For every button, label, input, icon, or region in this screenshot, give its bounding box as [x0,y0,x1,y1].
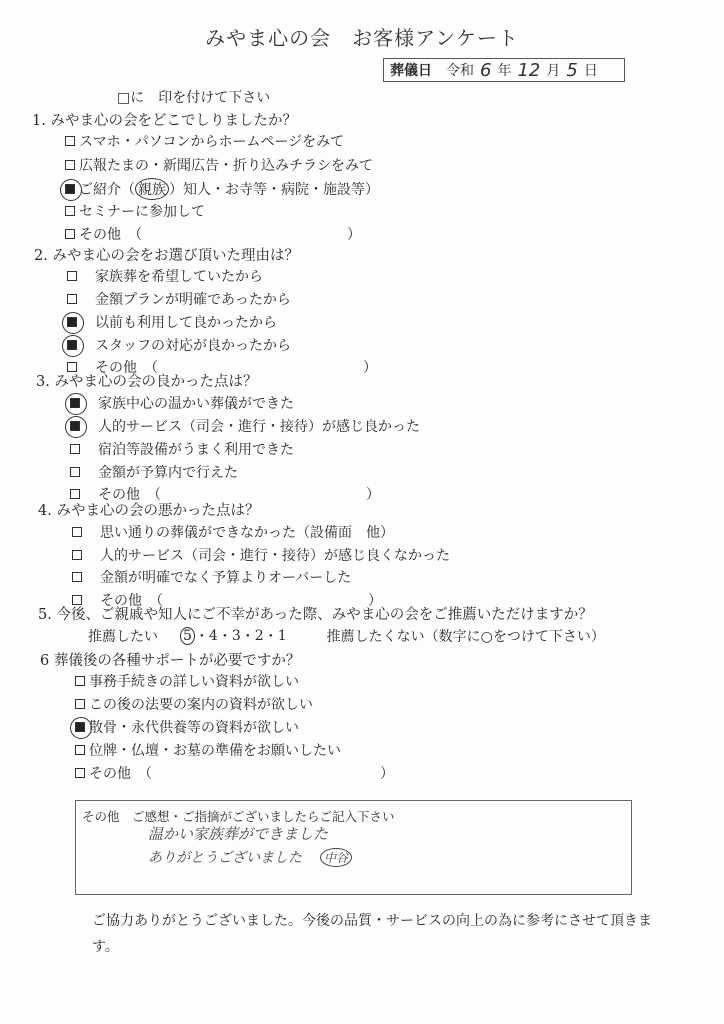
date-label: 葬儀日 [390,60,432,80]
q1-option-4[interactable]: セミナーに参加して [65,201,205,221]
scale-value-5-selected[interactable]: 5 [180,627,195,645]
circle-mark-icon [65,416,87,438]
checkbox-icon[interactable] [65,160,75,170]
checkbox-icon[interactable] [72,572,82,582]
q1-option-5[interactable]: その他 （） [65,224,361,244]
checkbox-icon[interactable] [75,699,85,709]
q6-option-1[interactable]: 事務手続きの詳しい資料が欲しい [75,671,299,691]
scale-value-2[interactable]: 2 [255,628,264,644]
q2-option-3[interactable]: 以前も利用して良かったから [67,312,277,332]
year-unit: 年 [497,60,511,80]
question-4-title: 4. みやま心の会の悪かった点は？ [38,499,259,520]
circled-relative: 親族 [135,178,169,200]
q6-option-2[interactable]: この後の法要の案内の資料が欲しい [75,694,313,714]
scale-right-label: 推薦したくない（数字に○をつけて下さい） [327,626,605,646]
year-value[interactable]: 6 [480,60,491,81]
checkbox-icon[interactable] [67,271,77,281]
day-value[interactable]: 5 [566,60,577,81]
circle-mark-icon [62,335,84,357]
checkbox-icon[interactable] [70,467,80,477]
recommend-scale: 推薦したい 5 ・4 ・3 ・2 ・1 推薦したくない（数字に○をつけて下さい） [88,626,605,646]
checkbox-icon[interactable] [72,550,82,560]
q2-option-1[interactable]: 家族葬を希望していたから [67,266,263,286]
handwritten-comment-line-1: 温かい家族葬ができました [148,823,328,844]
scale-left-label: 推薦したい [88,626,158,646]
q6-option-3[interactable]: 散骨・永代供養等の資料が欲しい [75,717,299,737]
q1-option-1[interactable]: スマホ・パソコンからホームページをみて [65,131,344,151]
checkbox-icon[interactable] [72,527,82,537]
scale-value-4[interactable]: 4 [209,628,218,644]
circle-mark-icon [62,312,84,334]
circle-mark-icon [60,179,82,201]
circle-mark-icon [70,717,92,739]
q3-option-1[interactable]: 家族中心の温かい葬儀ができた [70,393,294,413]
q3-option-2[interactable]: 人的サービス（司会・進行・接待）が感じ良かった [70,416,420,436]
q2-option-2[interactable]: 金額プランが明確であったから [67,289,291,309]
month-value[interactable]: 12 [517,60,540,81]
question-2-title: 2. みやま心の会をお選び頂いた理由は？ [34,244,299,265]
q1-option-3[interactable]: ご紹介（親族）知人・お寺等・病院・施設等） [65,178,379,200]
circle-mark-icon [65,393,87,415]
checkbox-icon[interactable] [65,136,75,146]
q4-option-1[interactable]: 思い通りの葬儀ができなかった（設備面 他） [72,522,394,542]
checkbox-icon[interactable] [65,206,75,216]
q1-option-2[interactable]: 広報たまの・新聞広告・折り込みチラシをみて [65,155,373,175]
q4-option-2[interactable]: 人的サービス（司会・進行・接待）が感じ良くなかった [72,545,450,565]
checkbox-icon[interactable] [75,745,85,755]
q2-option-4[interactable]: スタッフの対応が良かったから [67,335,291,355]
question-3-title: 3. みやま心の会の良かった点は？ [36,370,257,391]
name-stamp: 中谷 [320,848,352,867]
checkbox-icon[interactable] [70,444,80,454]
question-5-title: 5. 今後、ご親戚や知人にご不幸があった際、みやま心の会をご推薦いただけますか？ [38,603,593,624]
q6-option-5[interactable]: その他 （） [75,763,394,783]
comment-box[interactable]: その他 ご感想・ご指摘がございましたらご記入下さい 温かい家族葬ができました あ… [75,800,632,895]
q3-option-3[interactable]: 宿泊等設備がうまく利用できた [70,439,294,459]
scale-value-3[interactable]: 3 [232,628,241,644]
checkbox-icon[interactable] [65,229,75,239]
handwritten-comment-line-2: ありがとうございました中谷 [148,847,352,867]
era-label: 令和 [446,60,474,80]
q6-option-4[interactable]: 位牌・仏壇・お墓の準備をお願いしたい [75,740,341,760]
day-unit: 日 [584,60,598,80]
checkbox-icon[interactable] [67,294,77,304]
scale-value-1[interactable]: 1 [278,628,287,644]
checkbox-icon[interactable] [70,489,80,499]
funeral-date-box: 葬儀日 令和 6 年 12 月 5 日 [383,58,625,82]
q3-option-4[interactable]: 金額が予算内で行えた [70,462,238,482]
q4-option-3[interactable]: 金額が明確でなく予算よりオーバーした [72,567,351,587]
checkbox-icon[interactable] [75,676,85,686]
page-title: みやま心の会 お客様アンケート [0,22,724,51]
footer-thanks: ご協力ありがとうございました。今後の品質・サービスの向上の為に参考にさせて頂きま… [92,908,652,960]
instruction-text: □に 印を付けて下さい [117,87,270,107]
question-6-title: 6 葬儀後の各種サポートが必要ですか？ [40,649,300,670]
checkbox-icon[interactable] [75,768,85,778]
question-1-title: 1. みやま心の会をどこでしりましたか？ [32,109,297,130]
month-unit: 月 [546,60,560,80]
